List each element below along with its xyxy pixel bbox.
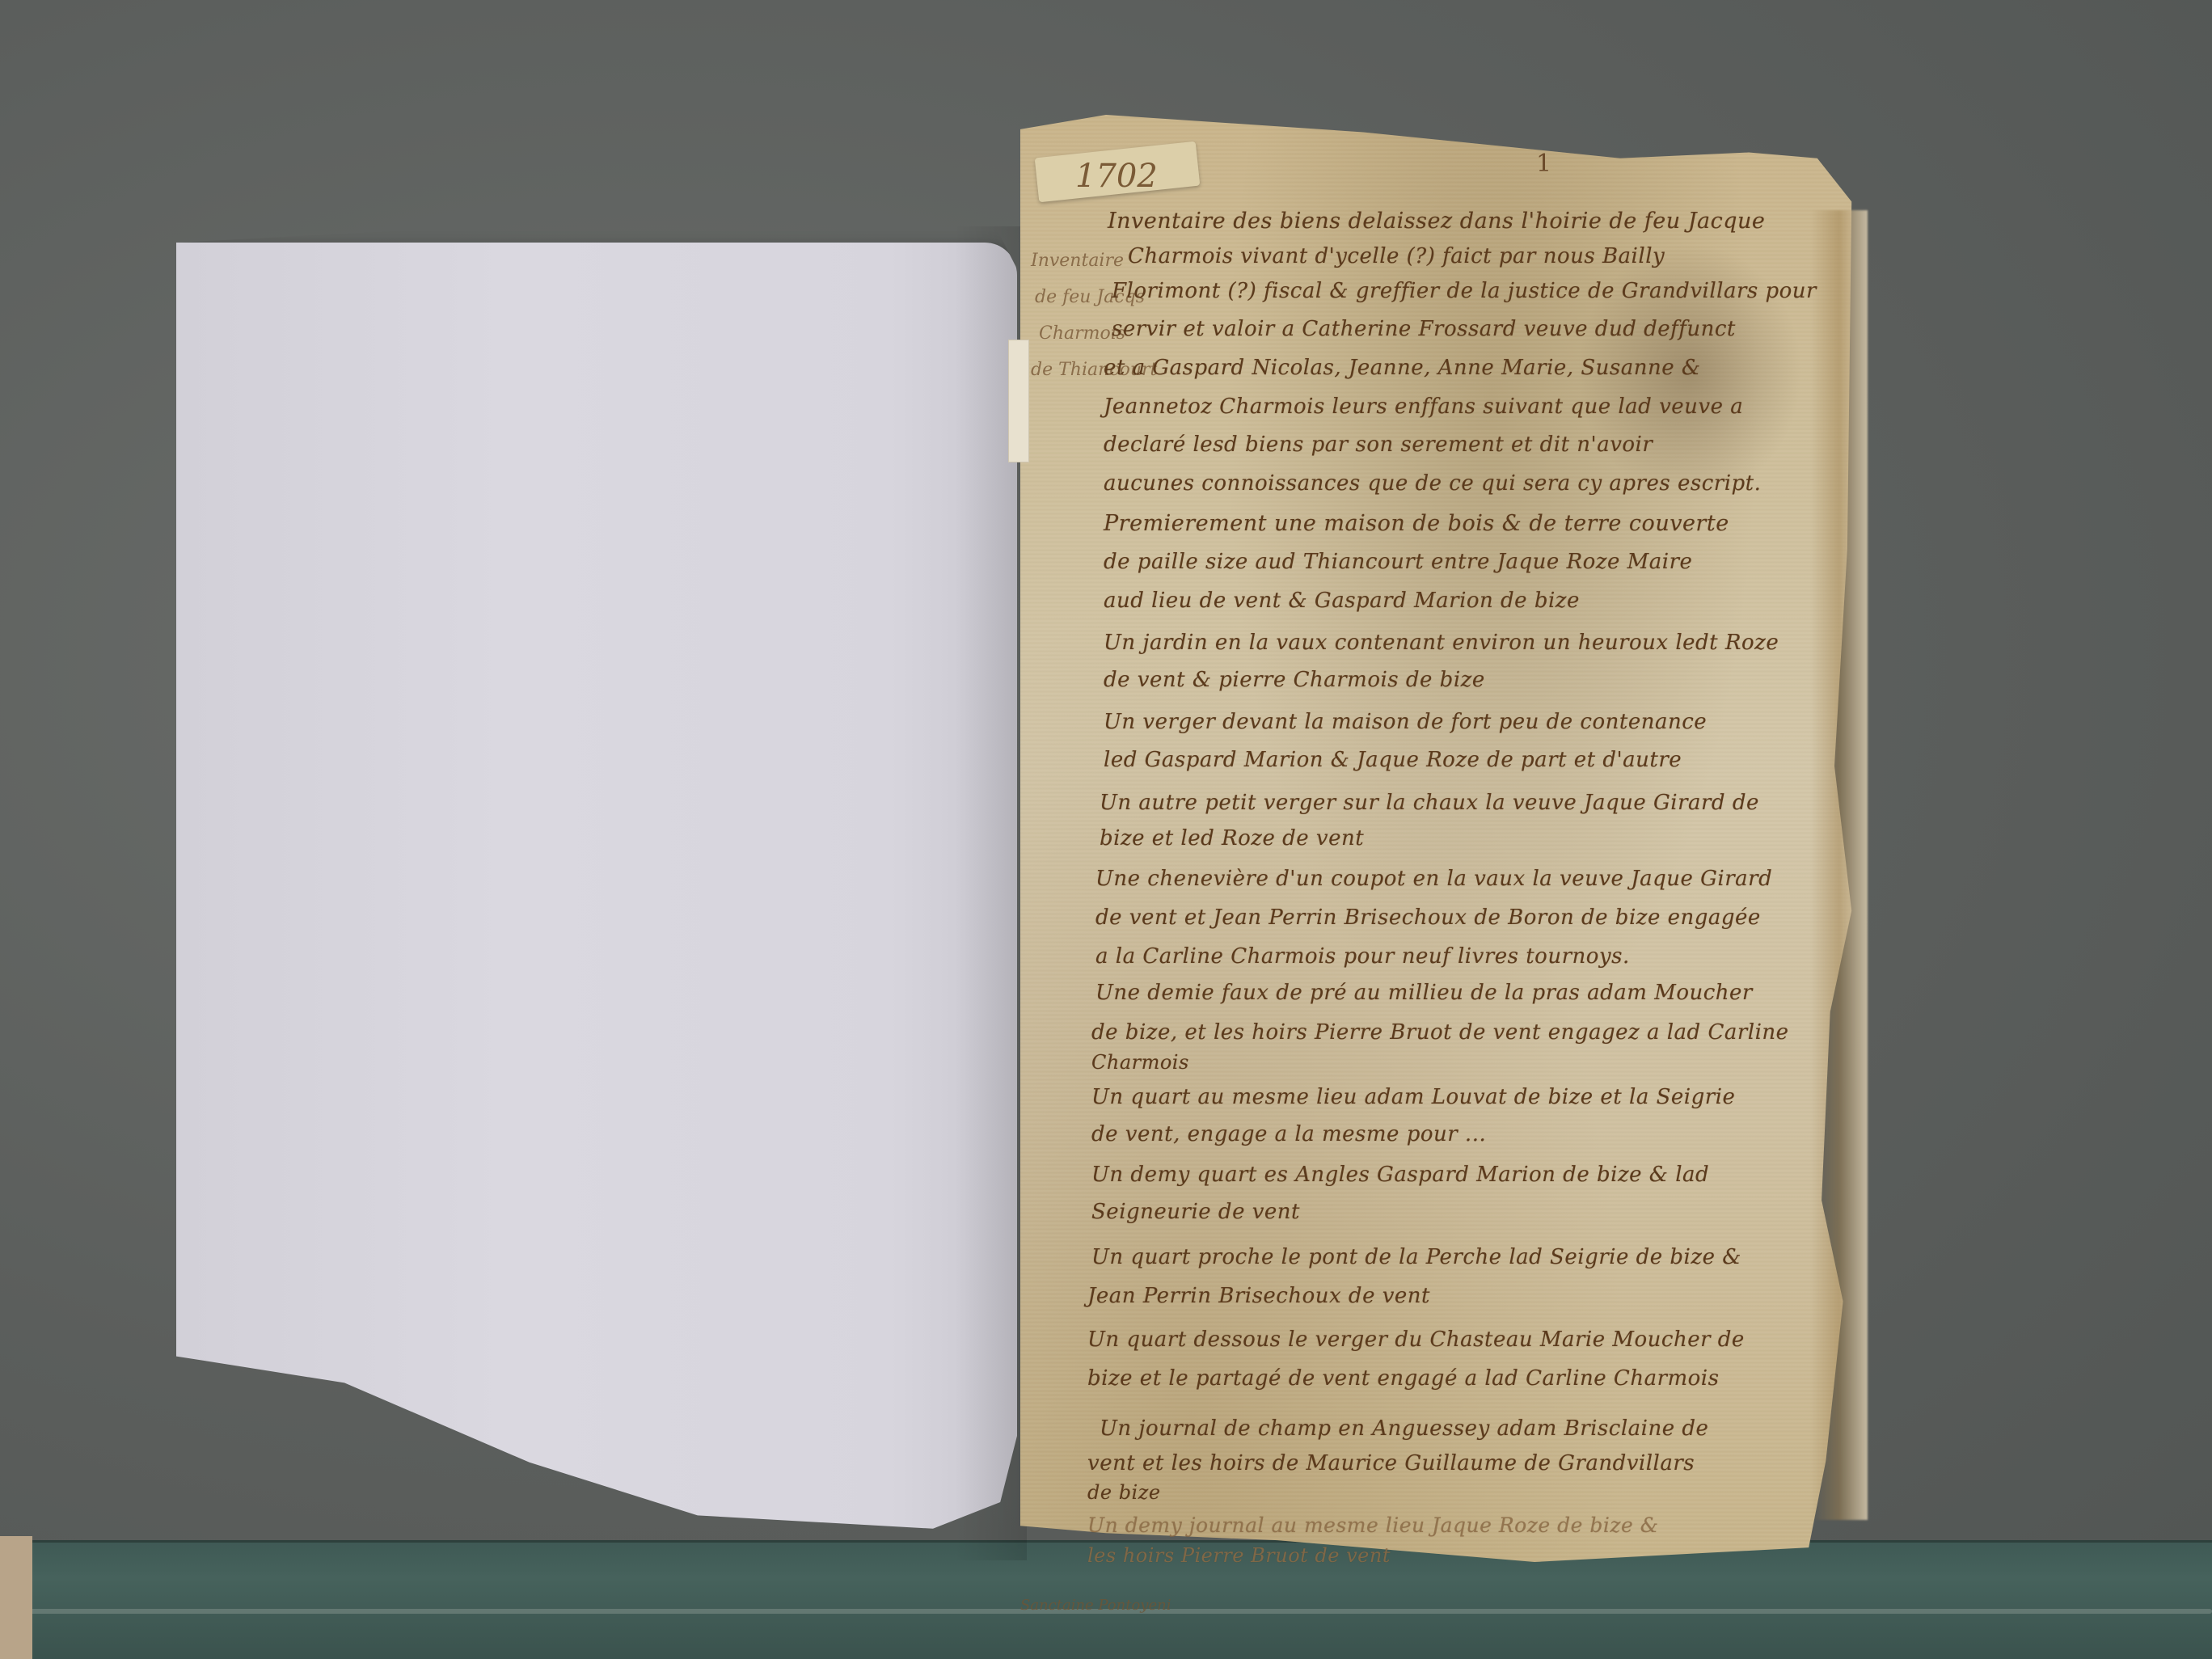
text-line: Inventaire des biens delaissez dans l'ho…	[1108, 209, 1765, 234]
text-line: de paille size aud Thiancourt entre Jaqu…	[1104, 550, 1692, 574]
text-line: Un jardin en la vaux contenant environ u…	[1104, 631, 1779, 655]
text-line: Un demy quart es Angles Gaspard Marion d…	[1091, 1163, 1709, 1187]
text-line: les hoirs Pierre Bruot de vent	[1087, 1544, 1391, 1567]
text-line: Jean Perrin Brisechoux de vent	[1087, 1284, 1430, 1308]
text-line: servir et valoir a Catherine Frossard ve…	[1112, 317, 1736, 341]
text-line: Un journal de champ en Anguessey adam Br…	[1100, 1416, 1708, 1441]
text-line: et a Gaspard Nicolas, Jeanne, Anne Marie…	[1104, 356, 1701, 380]
text-line: Florimont (?) fiscal & greffier de la ju…	[1112, 279, 1817, 303]
footer-annotation: Sanctaine Pontoyeni	[1020, 1597, 1171, 1614]
folio-number: 1	[1536, 150, 1551, 178]
text-line: Une demie faux de pré au millieu de la p…	[1095, 981, 1753, 1005]
text-line: Jeannetoz Charmois leurs enffans suivant…	[1104, 395, 1743, 419]
text-line: de vent, engage a la mesme pour ...	[1091, 1122, 1486, 1146]
text-line: Un demy journal au mesme lieu Jaque Roze…	[1087, 1513, 1659, 1537]
text-line: de bize	[1087, 1481, 1161, 1504]
text-line: declaré lesd biens par son serement et d…	[1104, 433, 1653, 457]
text-line: de vent & pierre Charmois de bize	[1104, 668, 1485, 692]
text-line: bize et le partagé de vent engagé a lad …	[1087, 1366, 1719, 1391]
text-line: Charmois vivant d'ycelle (?) faict par n…	[1128, 244, 1665, 268]
text-line: Seigneurie de vent	[1091, 1200, 1300, 1224]
text-line: aucunes connoissances que de ce qui sera…	[1104, 471, 1761, 496]
document-year: 1702	[1075, 158, 1158, 195]
frayed-edge	[1811, 210, 1868, 1520]
text-line: aud lieu de vent & Gaspard Marion de biz…	[1104, 589, 1580, 613]
blank-interleaf-page	[176, 243, 1017, 1568]
text-line: Charmois	[1091, 1051, 1189, 1074]
text-line: Un autre petit verger sur la chaux la ve…	[1100, 791, 1759, 815]
text-line: Premierement une maison de bois & de ter…	[1104, 511, 1729, 536]
text-line: led Gaspard Marion & Jaque Roze de part …	[1104, 748, 1682, 772]
text-line: a la Carline Charmois pour neuf livres t…	[1095, 944, 1630, 969]
text-line: Un quart au mesme lieu adam Louvat de bi…	[1091, 1085, 1735, 1109]
text-line: de bize, et les hoirs Pierre Bruot de ve…	[1091, 1020, 1789, 1045]
text-line: Un quart proche le pont de la Perche lad…	[1091, 1245, 1741, 1269]
margin-line: Inventaire	[1031, 251, 1124, 271]
shelf-post	[0, 1536, 32, 1659]
text-line: vent et les hoirs de Maurice Guillaume d…	[1087, 1451, 1695, 1475]
paper-tab	[1008, 340, 1029, 462]
text-line: Un quart dessous le verger du Chasteau M…	[1087, 1328, 1745, 1352]
text-line: de vent et Jean Perrin Brisechoux de Bor…	[1095, 905, 1761, 930]
text-line: Un verger devant la maison de fort peu d…	[1104, 710, 1707, 734]
text-line: bize et led Roze de vent	[1100, 826, 1364, 851]
text-line: Une chenevière d'un coupot en la vaux la…	[1095, 867, 1772, 891]
